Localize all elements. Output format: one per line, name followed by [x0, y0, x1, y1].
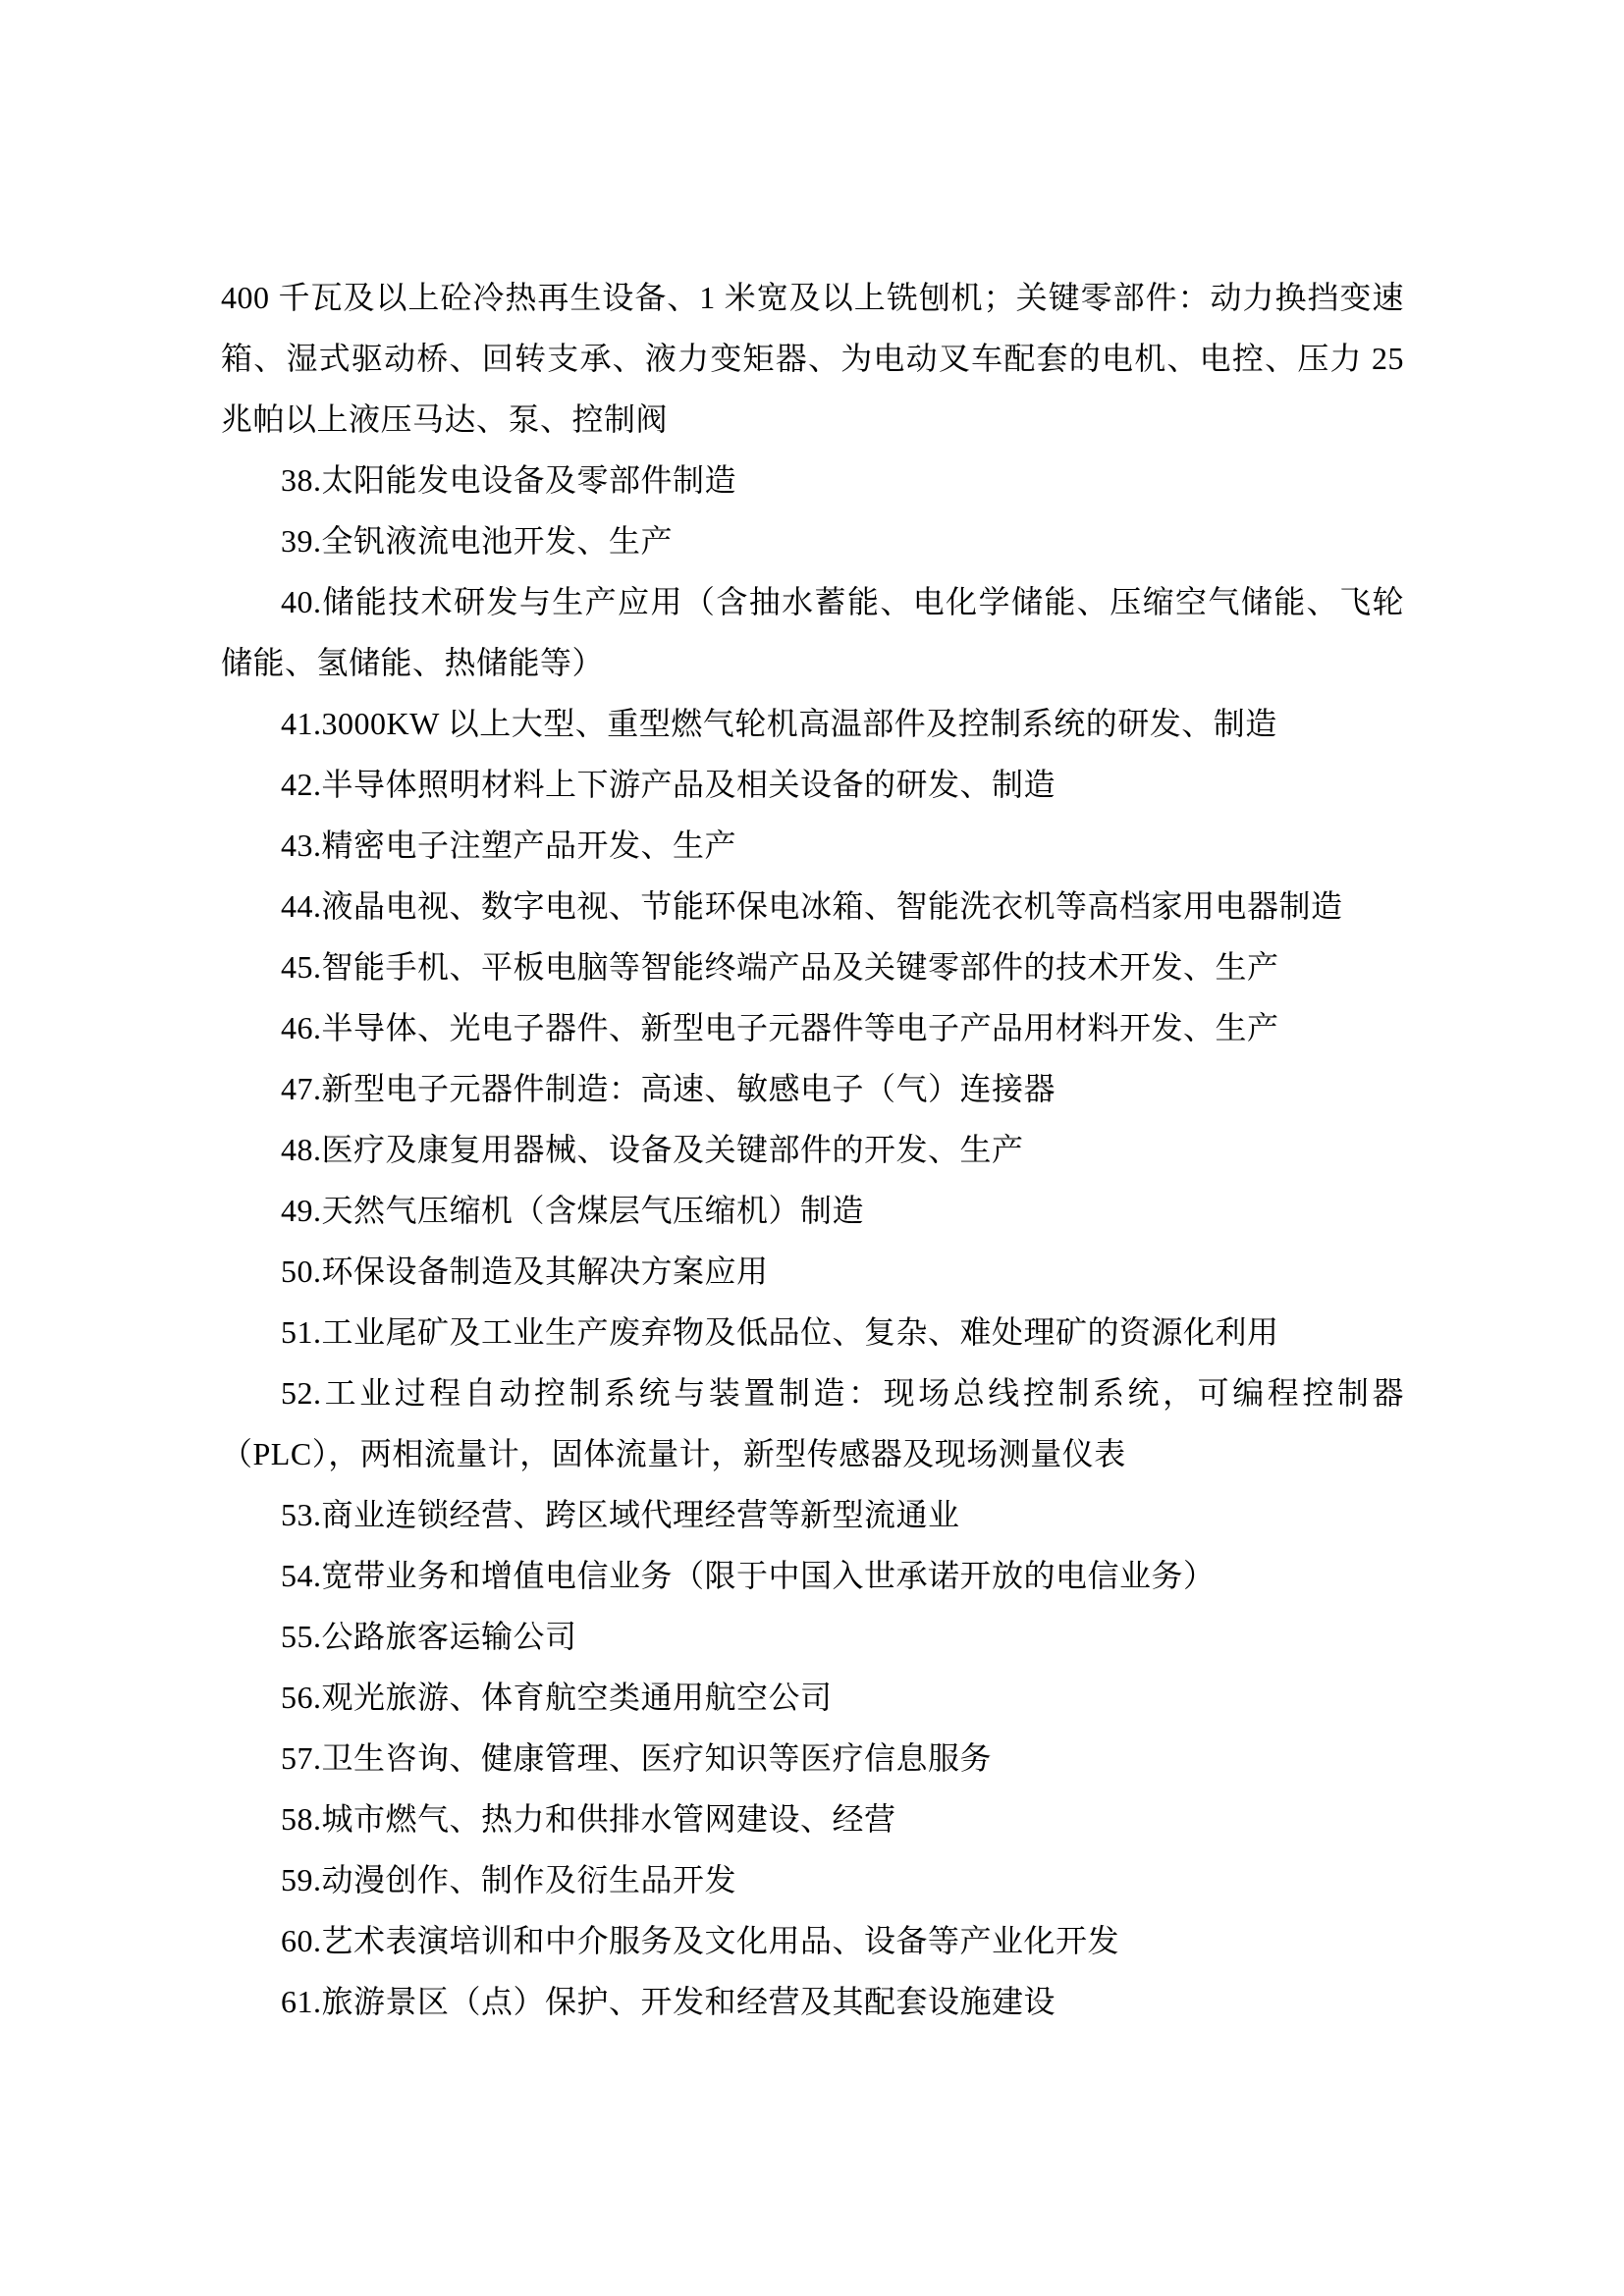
list-item-51: 51.工业尾矿及工业生产废弃物及低品位、复杂、难处理矿的资源化利用 [221, 1302, 1404, 1362]
list-item-49: 49.天然气压缩机（含煤层气压缩机）制造 [221, 1180, 1404, 1241]
list-item-60: 60.艺术表演培训和中介服务及文化用品、设备等产业化开发 [221, 1910, 1404, 1971]
list-item-43: 43.精密电子注塑产品开发、生产 [221, 815, 1404, 876]
list-item-41: 41.3000KW 以上大型、重型燃气轮机高温部件及控制系统的研发、制造 [221, 693, 1404, 754]
list-item-53: 53.商业连锁经营、跨区域代理经营等新型流通业 [221, 1484, 1404, 1545]
list-item-40: 40.储能技术研发与生产应用（含抽水蓄能、电化学储能、压缩空气储能、飞轮储能、氢… [221, 571, 1404, 693]
list-item-61: 61.旅游景区（点）保护、开发和经营及其配套设施建设 [221, 1971, 1404, 2032]
list-item-45: 45.智能手机、平板电脑等智能终端产品及关键零部件的技术开发、生产 [221, 936, 1404, 997]
document-body: 400 千瓦及以上砼冷热再生设备、1 米宽及以上铣刨机；关键零部件：动力换挡变速… [221, 267, 1404, 2032]
list-item-52: 52.工业过程自动控制系统与装置制造：现场总线控制系统，可编程控制器（PLC），… [221, 1362, 1404, 1484]
list-item-46: 46.半导体、光电子器件、新型电子元器件等电子产品用材料开发、生产 [221, 997, 1404, 1058]
list-item-59: 59.动漫创作、制作及衍生品开发 [221, 1849, 1404, 1910]
list-item-56: 56.观光旅游、体育航空类通用航空公司 [221, 1667, 1404, 1728]
list-item-39: 39.全钒液流电池开发、生产 [221, 510, 1404, 571]
list-item-48: 48.医疗及康复用器械、设备及关键部件的开发、生产 [221, 1119, 1404, 1180]
list-item-44: 44.液晶电视、数字电视、节能环保电冰箱、智能洗衣机等高档家用电器制造 [221, 876, 1404, 936]
list-item-54: 54.宽带业务和增值电信业务（限于中国入世承诺开放的电信业务） [221, 1545, 1404, 1606]
list-item-38: 38.太阳能发电设备及零部件制造 [221, 450, 1404, 510]
list-item-57: 57.卫生咨询、健康管理、医疗知识等医疗信息服务 [221, 1728, 1404, 1789]
list-item-42: 42.半导体照明材料上下游产品及相关设备的研发、制造 [221, 754, 1404, 815]
list-item-58: 58.城市燃气、热力和供排水管网建设、经营 [221, 1789, 1404, 1849]
document-page: 400 千瓦及以上砼冷热再生设备、1 米宽及以上铣刨机；关键零部件：动力换挡变速… [0, 0, 1624, 2296]
list-item-55: 55.公路旅客运输公司 [221, 1606, 1404, 1667]
list-item-47: 47.新型电子元器件制造：高速、敏感电子（气）连接器 [221, 1058, 1404, 1119]
paragraph-continuation: 400 千瓦及以上砼冷热再生设备、1 米宽及以上铣刨机；关键零部件：动力换挡变速… [221, 267, 1404, 450]
list-item-50: 50.环保设备制造及其解决方案应用 [221, 1241, 1404, 1302]
